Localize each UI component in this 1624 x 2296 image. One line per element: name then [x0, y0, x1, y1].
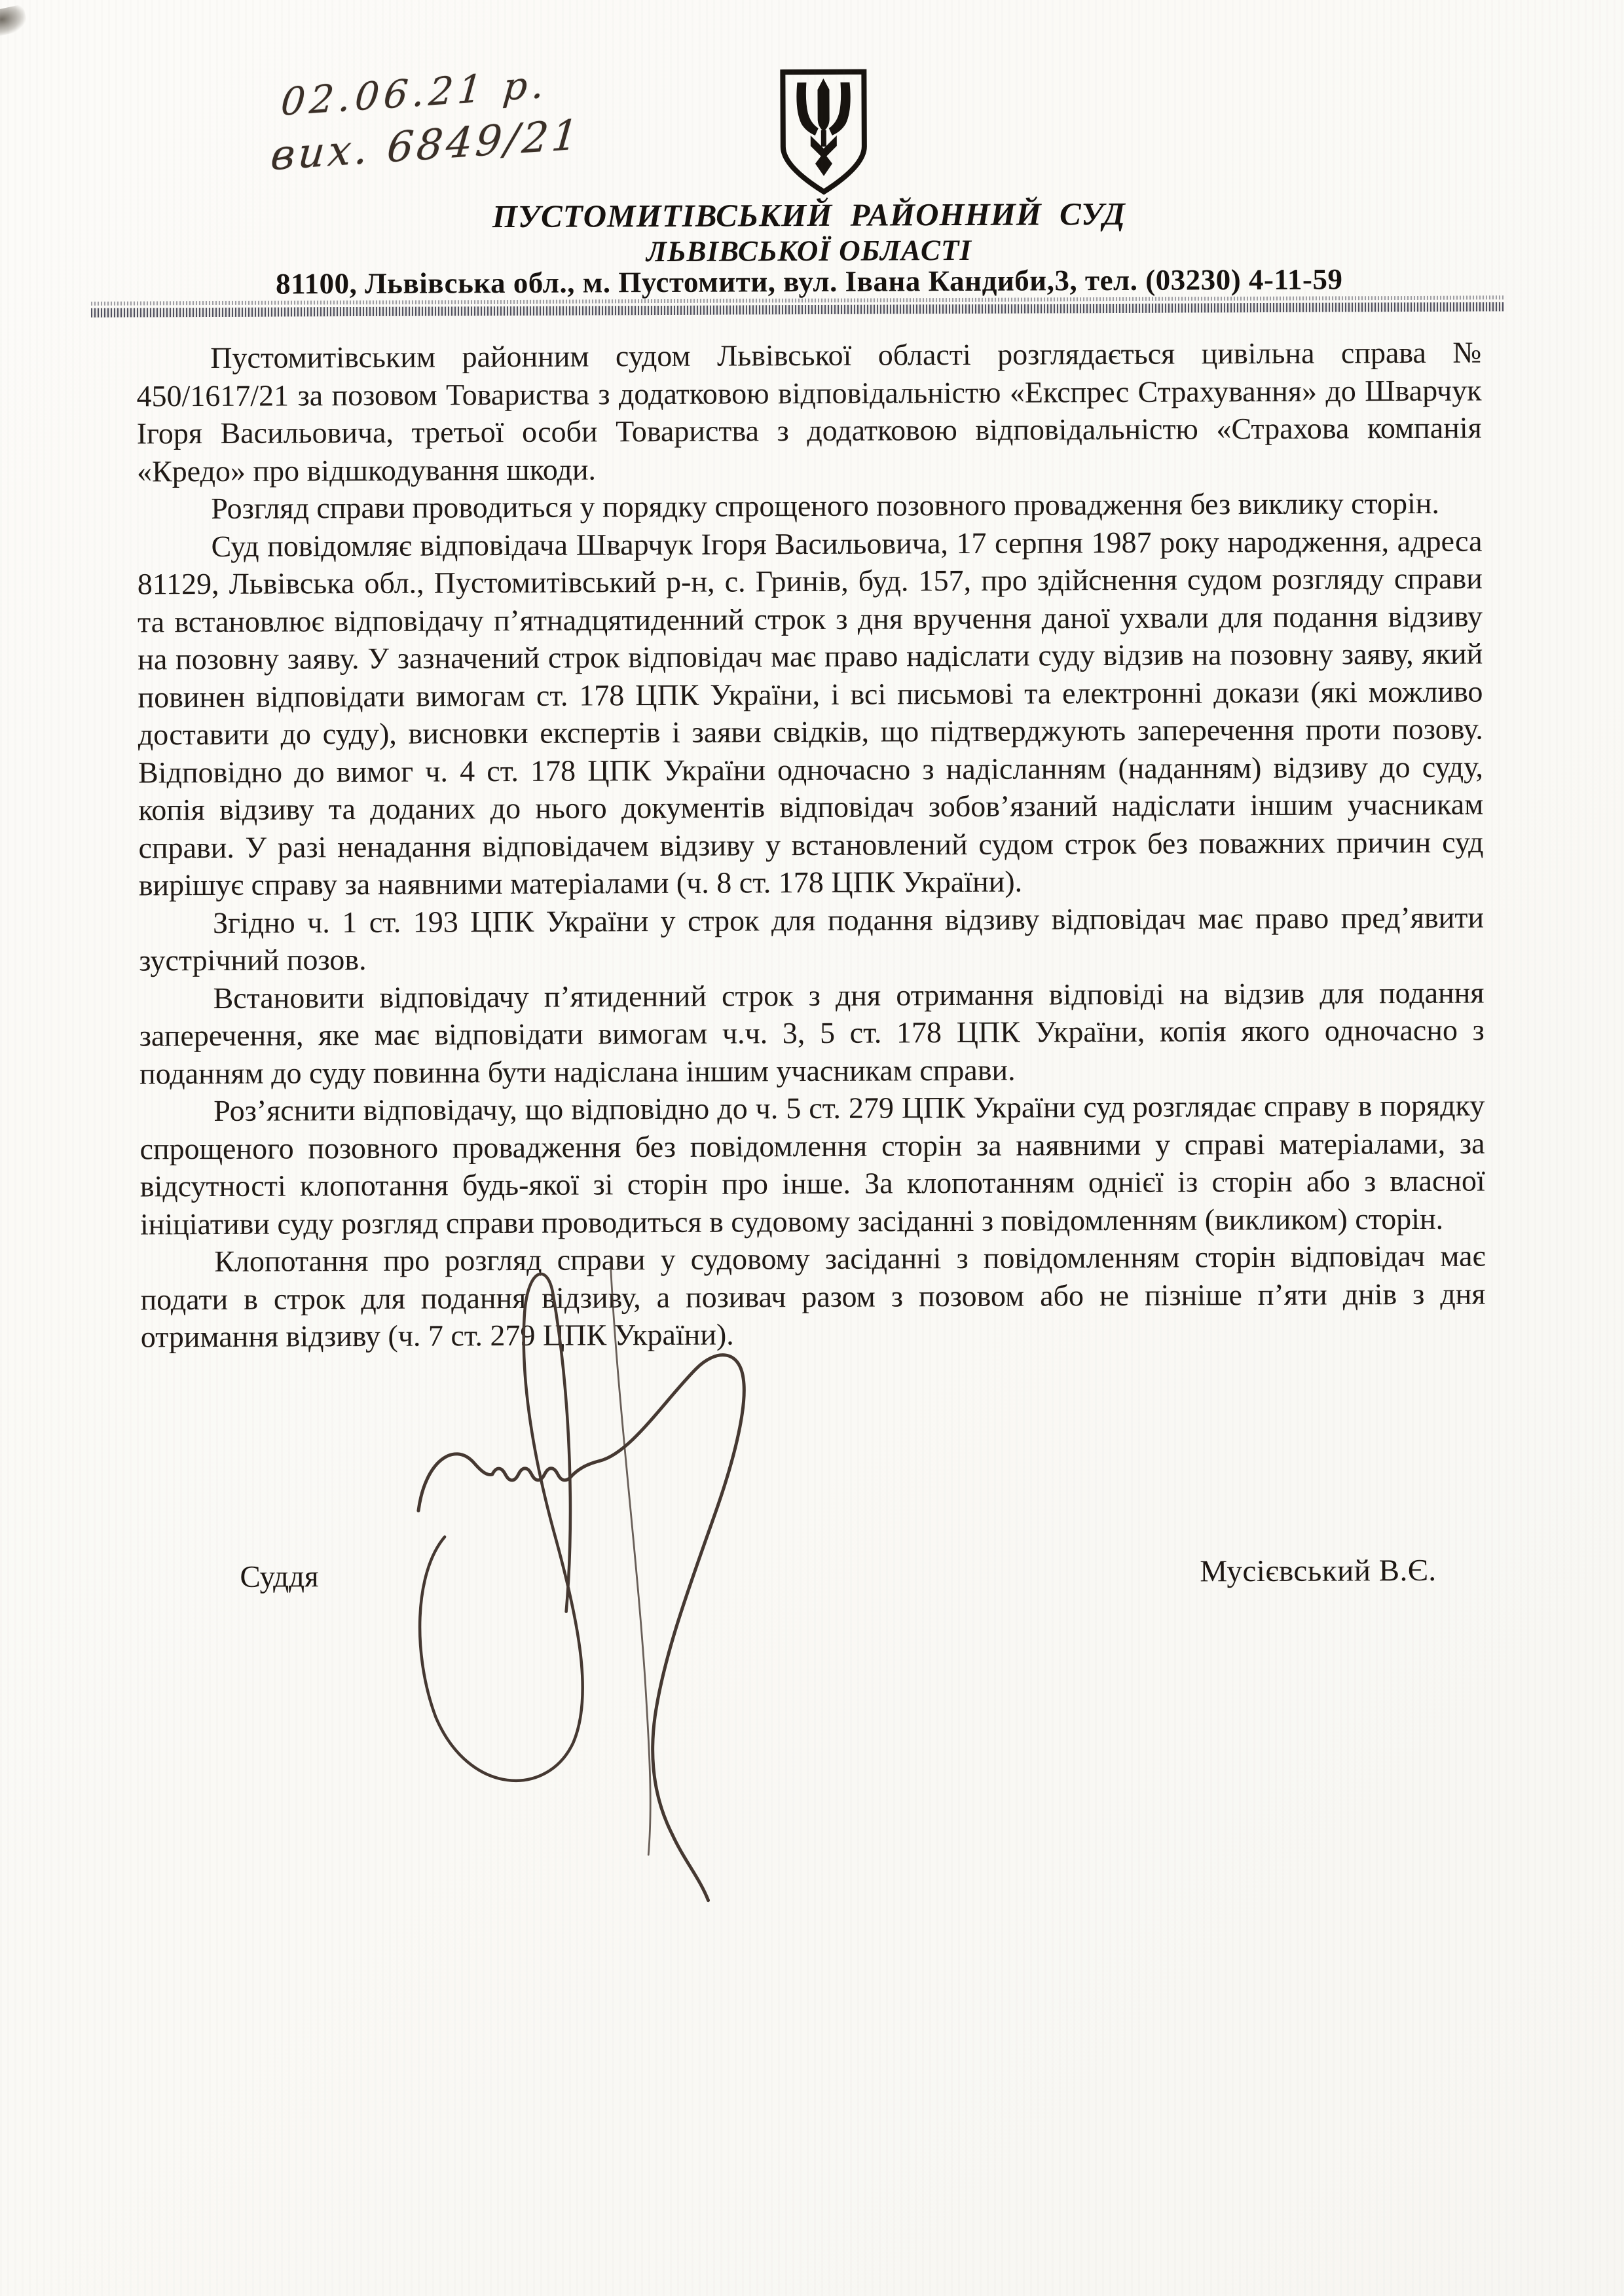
paragraph-simplified-procedure: Розгляд справи проводиться у порядку спр…	[137, 484, 1482, 528]
paragraph-notice-to-defendant: Суд повідомляє відповідача Шварчук Ігоря…	[137, 522, 1483, 904]
ukraine-coat-of-arms-icon	[777, 68, 870, 196]
scan-smudge-artifact	[0, 4, 29, 37]
paragraph-hearing-motion: Клопотання про розгляд справи у судовому…	[140, 1237, 1486, 1356]
paragraph-case-intro: Пустомитівським районним судом Львівсько…	[136, 334, 1482, 490]
paragraph-art279-explanation: Роз’яснити відповідачу, що відповідно до…	[139, 1087, 1485, 1243]
handwritten-registration-note: 02.06.21 р. вих. 6849/21	[274, 60, 584, 179]
paragraph-counterclaim-right: Згідно ч. 1 ст. 193 ЦПК України у строк …	[139, 898, 1484, 979]
scan-content: 02.06.21 р. вих. 6849/21 ПУСТОМИТІВСЬКИЙ…	[0, 0, 1624, 2296]
document-body: Пустомитівським районним судом Львівсько…	[136, 334, 1486, 1356]
paragraph-objection-term: Встановити відповідачу п’ятиденний строк…	[139, 974, 1485, 1092]
scanned-court-document-page: 02.06.21 р. вих. 6849/21 ПУСТОМИТІВСЬКИЙ…	[0, 0, 1624, 2296]
judge-label: Суддя	[240, 1559, 318, 1595]
judge-name: Мусієвський В.Є.	[1200, 1553, 1436, 1590]
